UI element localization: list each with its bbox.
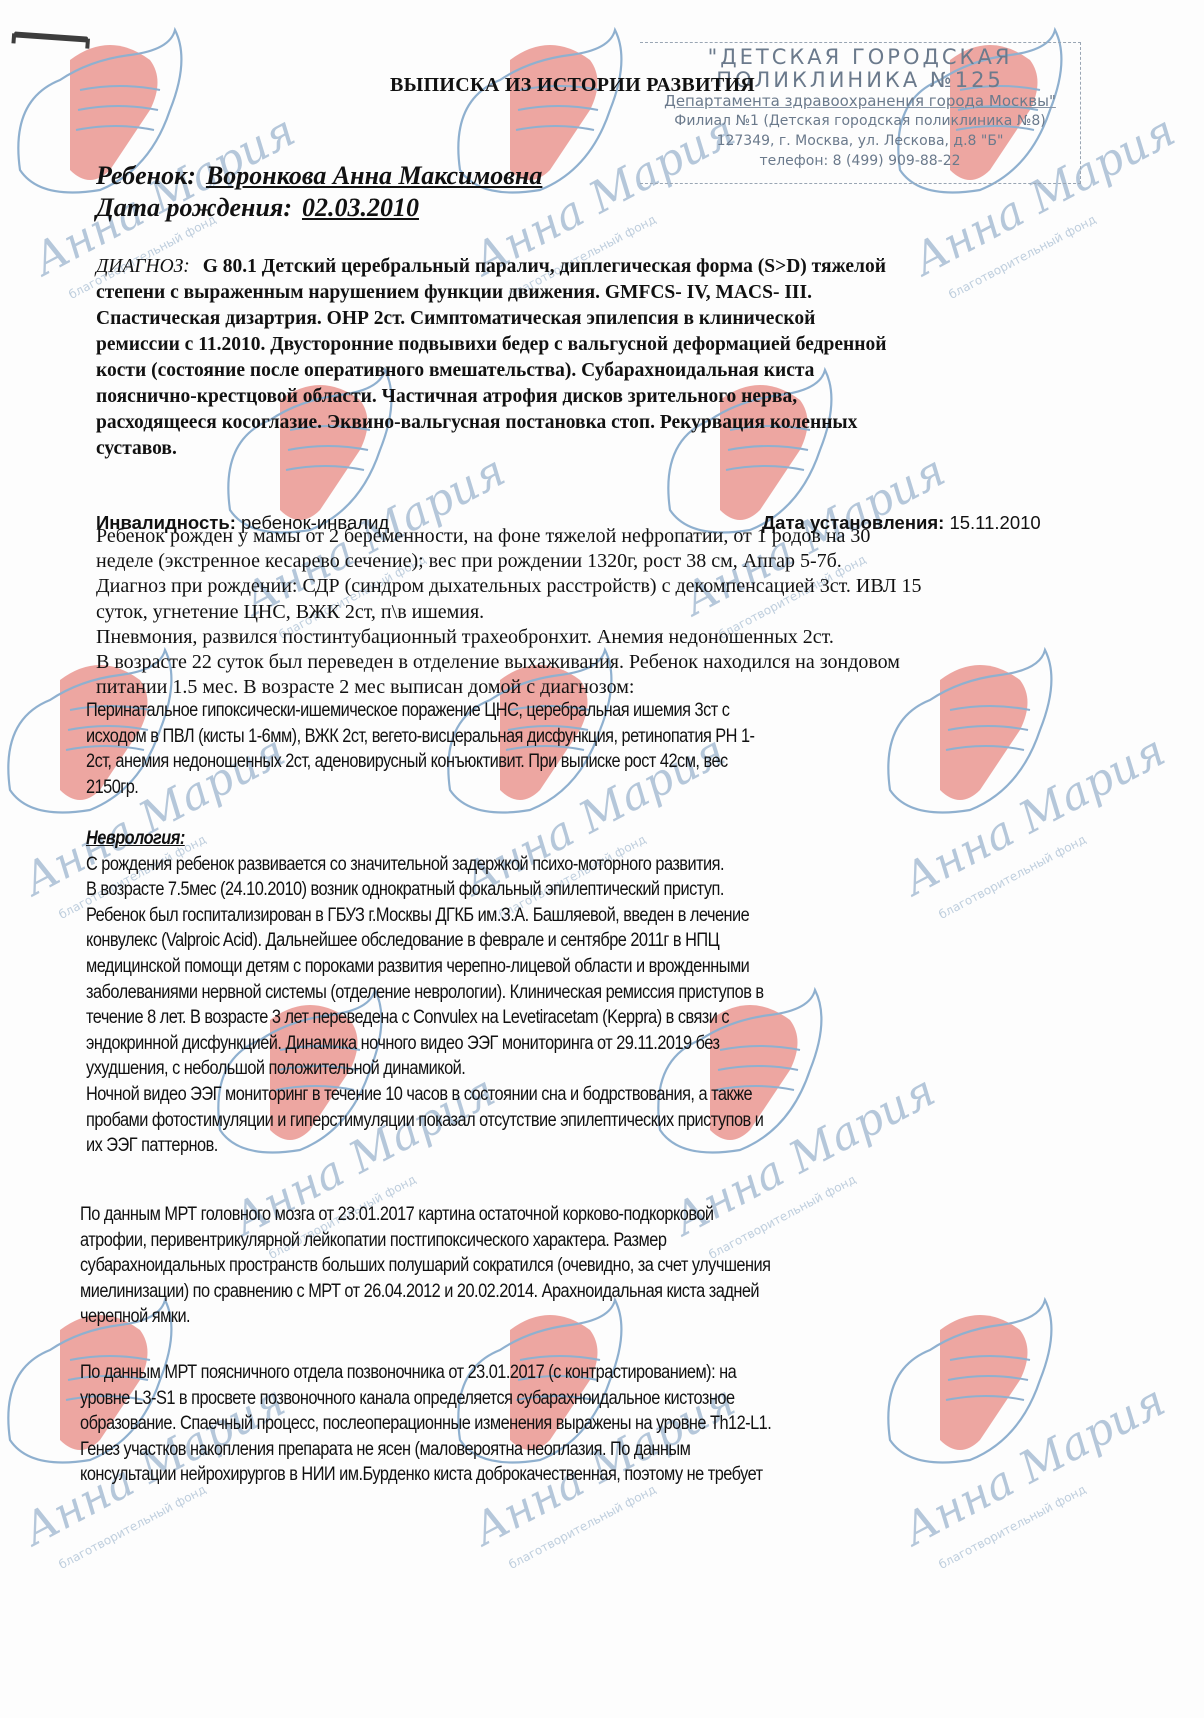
stamp-line-4: Филиал №1 (Детская городская поликлиника… xyxy=(640,111,1080,131)
text-line: конвулекс (Valproic Acid). Дальнейшее об… xyxy=(86,928,1066,954)
watermark-fund-text: благотворительный фонд xyxy=(56,1482,208,1572)
stamp-line-5: 127349, г. Москва, ул. Лескова, д.8 "Б" xyxy=(640,131,1080,151)
text-line: Ребенок рожден у мамы от 2 беременности,… xyxy=(96,524,1096,549)
child-label: Ребенок: xyxy=(96,161,196,190)
diagnosis-line: G 80.1 Детский церебральный паралич, дип… xyxy=(203,256,886,277)
neurology-section: Неврология: С рождения ребенок развивает… xyxy=(86,826,1066,1159)
anamnesis-paragraph: Ребенок рожден у мамы от 2 беременности,… xyxy=(96,524,1096,700)
text-line: образование. Спаечный процесс, послеопер… xyxy=(80,1411,1060,1437)
text-line: Диагноз при рождении: СДР (синдром дыхат… xyxy=(96,574,1096,599)
text-line: 2ст, анемия недоношенных 2ст, аденовирус… xyxy=(86,749,1066,775)
child-name: Воронкова Анна Максимовна xyxy=(206,161,542,190)
diagnosis-line: расходящееся косоглазие. Эквино-вальгусн… xyxy=(96,410,1086,436)
diagnosis-label: ДИАГНОЗ: xyxy=(96,256,190,277)
dob-value: 02.03.2010 xyxy=(302,193,419,222)
text-line: исходом в ПВЛ (кисты 1-6мм), ВЖК 2ст, ве… xyxy=(86,724,1066,750)
text-line: атрофии, перивентрикулярной лейкопатии п… xyxy=(80,1228,1060,1254)
text-line: их ЭЭГ паттернов. xyxy=(86,1133,1066,1159)
text-line: По данным МРТ поясничного отдела позвоно… xyxy=(80,1360,1060,1386)
text-line: 2150гр. xyxy=(86,775,1066,801)
text-line: Перинатальное гипоксически-ишемическое п… xyxy=(86,698,1066,724)
text-line: течение 8 лет. В возрасте 3 лет переведе… xyxy=(86,1005,1066,1031)
document-title: ВЫПИСКА ИЗ ИСТОРИИ РАЗВИТИЯ xyxy=(390,74,755,97)
mri-spine-paragraph: По данным МРТ поясничного отдела позвоно… xyxy=(80,1360,1060,1488)
diagnosis-line: ремиссии с 11.2010. Двусторонние подвыви… xyxy=(96,332,1086,358)
diagnosis-line: пояснично-крестцовой области. Частичная … xyxy=(96,384,1086,410)
diagnosis-line: суставов. xyxy=(96,436,1086,462)
text-line: миелинизации) по сравнению с МРТ от 26.0… xyxy=(80,1279,1060,1305)
text-line: уровне L3-S1 в просвете позвоночного кан… xyxy=(80,1386,1060,1412)
text-line: По данным МРТ головного мозга от 23.01.2… xyxy=(80,1202,1060,1228)
text-line: В возрасте 7.5мес (24.10.2010) возник од… xyxy=(86,877,1066,903)
diagnosis-line: Спастическая дизартрия. ОНР 2ст. Симптом… xyxy=(96,306,1086,332)
text-line: Ночной видео ЭЭГ мониторинг в течение 10… xyxy=(86,1082,1066,1108)
text-line: неделе (экстренное кесарево сечение); ве… xyxy=(96,549,1096,574)
text-line: Ребенок был госпитализирован в ГБУЗ г.Мо… xyxy=(86,903,1066,929)
text-line: заболеваниями нервной системы (отделение… xyxy=(86,980,1066,1006)
discharge-diagnosis-paragraph: Перинатальное гипоксически-ишемическое п… xyxy=(86,698,1066,800)
dob-label: Дата рождения: xyxy=(96,193,292,222)
text-line: Генез участков накопления препарата не я… xyxy=(80,1437,1060,1463)
staple-clip xyxy=(14,31,88,42)
text-line: питании 1.5 мес. В возрасте 2 мес выписа… xyxy=(96,675,1096,700)
text-line: Пневмония, развился постинтубационный тр… xyxy=(96,625,1096,650)
diagnosis-line: степени с выраженным нарушением функции … xyxy=(96,280,1086,306)
patient-block: Ребенок:Воронкова Анна Максимовна Дата р… xyxy=(96,160,542,224)
text-line: В возрасте 22 суток был переведен в отде… xyxy=(96,650,1096,675)
document-page: Анна Марияблаготворительный фондАнна Мар… xyxy=(0,0,1204,1718)
text-line: С рождения ребенок развивается со значит… xyxy=(86,852,1066,878)
stamp-line-6: телефон: 8 (499) 909-88-22 xyxy=(640,151,1080,171)
text-line: консультации нейрохирургов в НИИ им.Бурд… xyxy=(80,1462,1060,1488)
text-line: ухудшения, с небольшой положительной дин… xyxy=(86,1056,1066,1082)
text-line: эндокринной дисфункцией. Динамика ночног… xyxy=(86,1031,1066,1057)
clinic-stamp: "ДЕТСКАЯ ГОРОДСКАЯ ПОЛИКЛИНИКА №125 Депа… xyxy=(640,42,1081,184)
diagnosis-line: кости (состояние после оперативного вмеш… xyxy=(96,358,1086,384)
text-line: пробами фотостимуляции и гиперстимуляции… xyxy=(86,1108,1066,1134)
text-line: суток, угнетение ЦНС, ВЖК 2ст, п\в ишеми… xyxy=(96,600,1096,625)
child-row: Ребенок:Воронкова Анна Максимовна xyxy=(96,160,542,192)
mri-brain-paragraph: По данным МРТ головного мозга от 23.01.2… xyxy=(80,1202,1060,1330)
watermark-fund-text: благотворительный фонд xyxy=(936,1482,1088,1572)
neurology-text: С рождения ребенок развивается со значит… xyxy=(86,852,1066,1159)
text-line: черепной ямки. xyxy=(80,1304,1060,1330)
dob-row: Дата рождения:02.03.2010 xyxy=(96,192,542,224)
stamp-line-1: "ДЕТСКАЯ ГОРОДСКАЯ xyxy=(640,45,1080,69)
diagnosis-block: ДИАГНОЗ: G 80.1 Детский церебральный пар… xyxy=(96,254,1086,462)
watermark-fund-text: благотворительный фонд xyxy=(506,1482,658,1572)
neurology-heading: Неврология: xyxy=(86,826,1066,852)
text-line: субарахноидальных пространств больших по… xyxy=(80,1253,1060,1279)
text-line: медицинской помощи детям с пороками разв… xyxy=(86,954,1066,980)
